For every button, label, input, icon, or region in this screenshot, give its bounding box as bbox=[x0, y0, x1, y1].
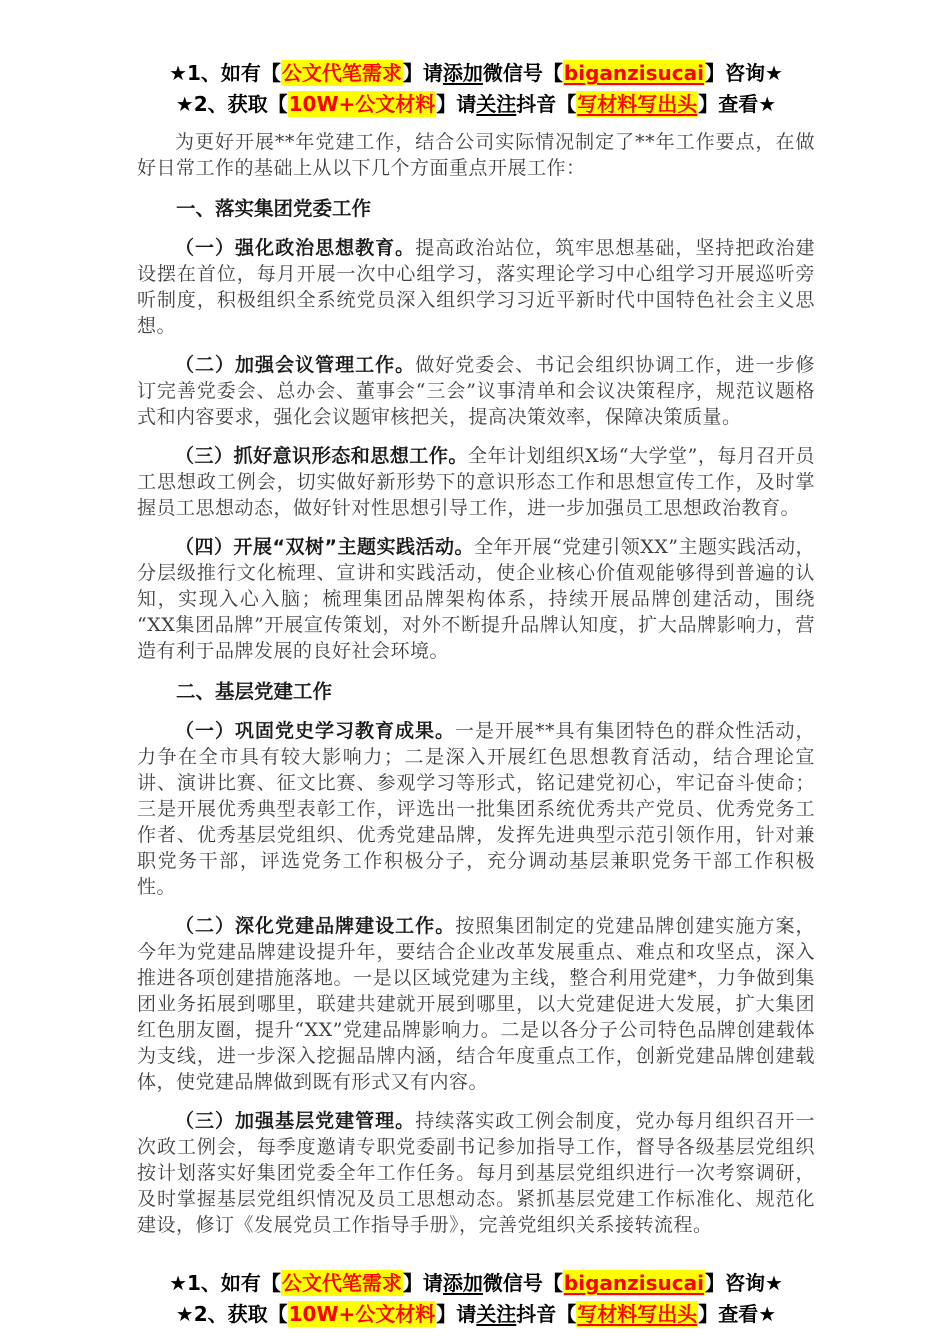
promo-douyin-id: 写材料写出头 bbox=[576, 91, 698, 117]
promo-header-line-1: ★1、如有【公文代笔需求】请添加微信号【biganzisucai】咨询★ bbox=[137, 58, 815, 89]
promo-text: 】请 bbox=[403, 61, 443, 85]
promo-text: ★2、获取【 bbox=[176, 1302, 288, 1326]
promo-highlight-materials: 10W+公文材料 bbox=[288, 91, 437, 117]
promo-wechat-id: biganzisucai bbox=[563, 1270, 705, 1296]
promo-text: 抖音【 bbox=[516, 1302, 576, 1326]
promo-text: 】查看★ bbox=[698, 1302, 776, 1326]
intro-paragraph: 为更好开展**年党建工作，结合公司实际情况制定了**年工作要点，在做好日常工作的… bbox=[137, 129, 815, 181]
promo-underline-follow: 关注 bbox=[476, 1302, 516, 1326]
paragraph-lead: （三）加强基层党建管理。 bbox=[175, 1110, 415, 1132]
promo-footer: ★1、如有【公文代笔需求】请添加微信号【biganzisucai】咨询★ ★2、… bbox=[137, 1268, 815, 1330]
paragraph: （三）抓好意识形态和思想工作。全年计划组织X场“大学堂”，每月召开员工思想政工例… bbox=[137, 443, 815, 521]
section-heading-1: 一、落实集团党委工作 bbox=[137, 196, 815, 222]
promo-text: 】咨询★ bbox=[705, 1271, 783, 1295]
section-heading-2: 二、基层党建工作 bbox=[137, 679, 815, 705]
promo-text: ★1、如有【 bbox=[169, 1271, 281, 1295]
promo-text: 抖音【 bbox=[516, 92, 576, 116]
paragraph-body: 按照集团制定的党建品牌创建实施方案，今年为党建品牌建设提升年，要结合企业改革发展… bbox=[137, 915, 815, 1093]
paragraph: （四）开展“双树”主题实践活动。全年开展“党建引领XX”主题实践活动，分层级推行… bbox=[137, 534, 815, 664]
promo-footer-line-1: ★1、如有【公文代笔需求】请添加微信号【biganzisucai】咨询★ bbox=[137, 1268, 815, 1299]
paragraph-lead: （四）开展“双树”主题实践活动。 bbox=[175, 536, 474, 558]
paragraph-lead: （三）抓好意识形态和思想工作。 bbox=[175, 445, 468, 467]
promo-highlight-service: 公文代笔需求 bbox=[281, 60, 403, 86]
paragraph-lead: （二）深化党建品牌建设工作。 bbox=[175, 915, 455, 937]
promo-footer-line-2: ★2、获取【10W+公文材料】请关注抖音【写材料写出头】查看★ bbox=[137, 1299, 815, 1330]
paragraph-lead: （一）强化政治思想教育。 bbox=[175, 237, 415, 259]
promo-header-line-2: ★2、获取【10W+公文材料】请关注抖音【写材料写出头】查看★ bbox=[137, 89, 815, 120]
promo-text: 微信号【 bbox=[483, 1271, 563, 1295]
document-page: ★1、如有【公文代笔需求】请添加微信号【biganzisucai】咨询★ ★2、… bbox=[0, 0, 950, 1344]
promo-text: 】查看★ bbox=[698, 92, 776, 116]
promo-text: 】请 bbox=[436, 1302, 476, 1326]
promo-highlight-materials: 10W+公文材料 bbox=[288, 1301, 437, 1327]
paragraph-lead: （二）加强会议管理工作。 bbox=[175, 354, 415, 376]
paragraph-body: 一是开展**具有集团特色的群众性活动，力争在全市具有较大影响力；二是深入开展红色… bbox=[137, 720, 815, 898]
paragraph: （二）加强会议管理工作。做好党委会、书记会组织协调工作，进一步修订完善党委会、总… bbox=[137, 352, 815, 430]
promo-text: 】请 bbox=[436, 92, 476, 116]
promo-text: 】请 bbox=[403, 1271, 443, 1295]
paragraph: （三）加强基层党建管理。持续落实政工例会制度，党办每月组织召开一次政工例会，每季… bbox=[137, 1108, 815, 1238]
promo-highlight-service: 公文代笔需求 bbox=[281, 1270, 403, 1296]
promo-text: 】咨询★ bbox=[705, 61, 783, 85]
paragraph: （二）深化党建品牌建设工作。按照集团制定的党建品牌创建实施方案，今年为党建品牌建… bbox=[137, 913, 815, 1095]
paragraph: （一）巩固党史学习教育成果。一是开展**具有集团特色的群众性活动，力争在全市具有… bbox=[137, 718, 815, 900]
paragraph: （一）强化政治思想教育。提高政治站位，筑牢思想基础，坚持把政治建设摆在首位，每月… bbox=[137, 235, 815, 339]
promo-underline-add: 添加 bbox=[443, 61, 483, 85]
promo-underline-follow: 关注 bbox=[476, 92, 516, 116]
promo-text: ★1、如有【 bbox=[169, 61, 281, 85]
paragraph-lead: （一）巩固党史学习教育成果。 bbox=[175, 720, 455, 742]
promo-douyin-id: 写材料写出头 bbox=[576, 1301, 698, 1327]
promo-header: ★1、如有【公文代笔需求】请添加微信号【biganzisucai】咨询★ ★2、… bbox=[137, 58, 815, 120]
promo-wechat-id: biganzisucai bbox=[563, 60, 705, 86]
promo-text: ★2、获取【 bbox=[176, 92, 288, 116]
promo-underline-add: 添加 bbox=[443, 1271, 483, 1295]
promo-text: 微信号【 bbox=[483, 61, 563, 85]
